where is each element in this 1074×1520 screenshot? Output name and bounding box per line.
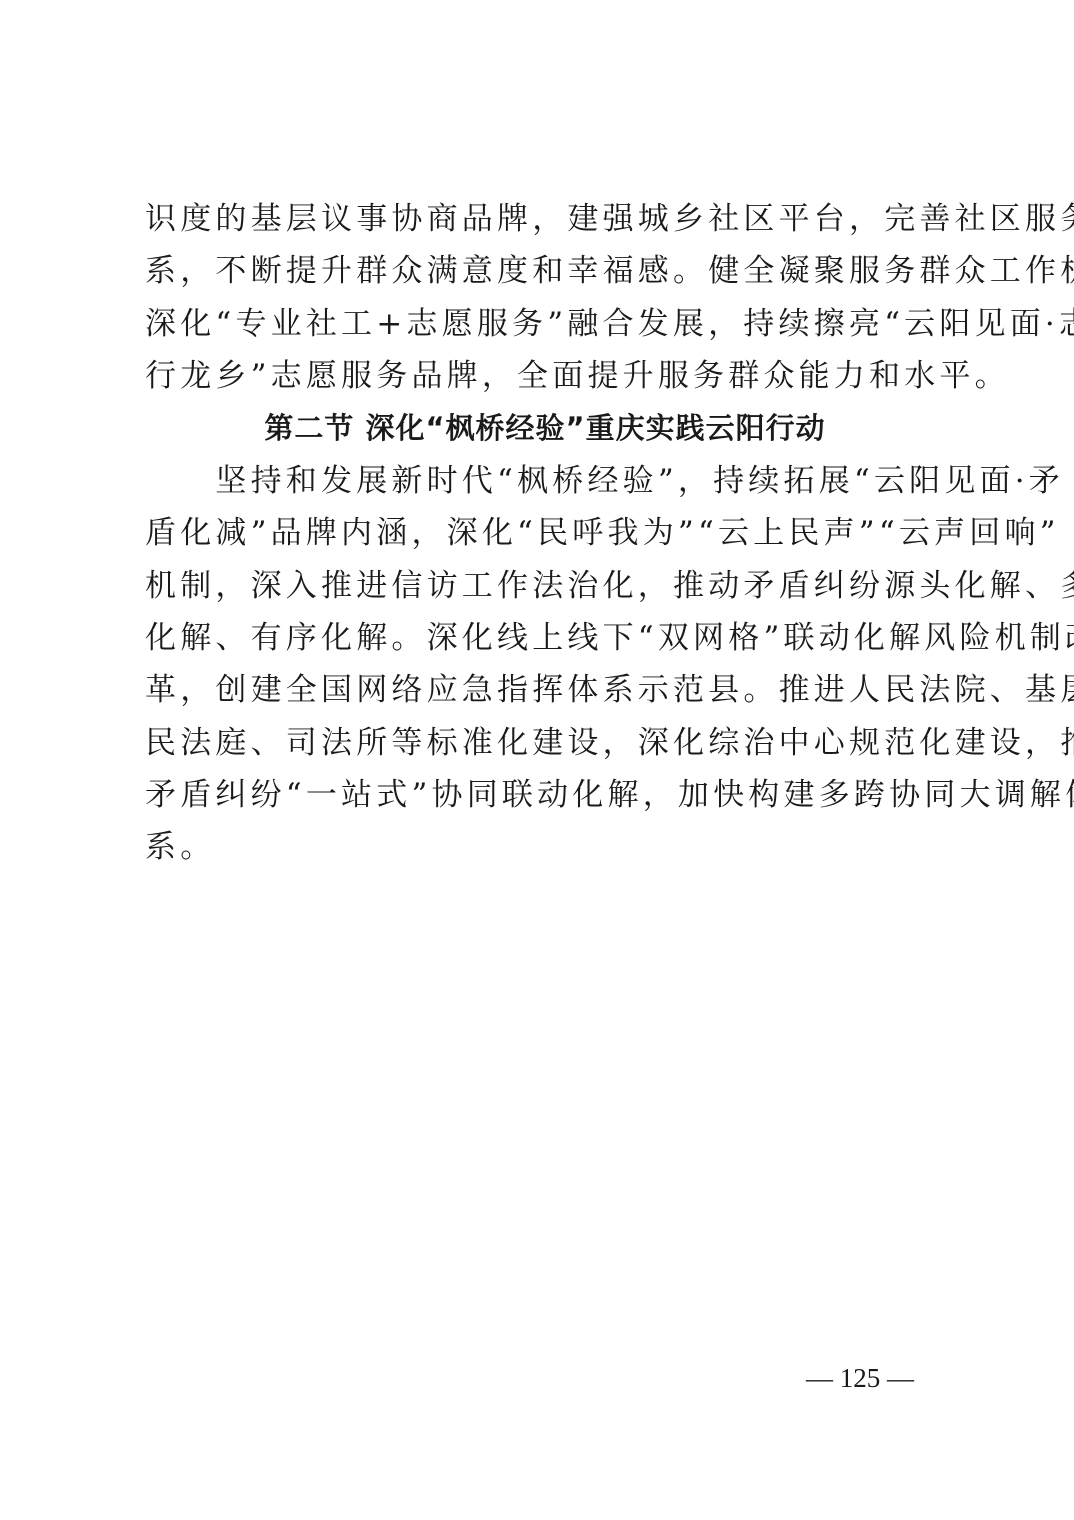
paragraph-2-line-7: 矛盾纠纷“一站式”协同联动化解，加快构建多跨协同大调解体 xyxy=(145,775,945,815)
document-page: 识度的基层议事协商品牌，建强城乡社区平台，完善社区服务体 系，不断提升群众满意度… xyxy=(0,0,1074,1520)
paragraph-2-line-6: 民法庭、司法所等标准化建设，深化综治中心规范化建设，推进 xyxy=(145,723,945,763)
paragraph-2-line-2: 盾化减”品牌内涵，深化“民呼我为”“云上民声”“云声回响” xyxy=(145,513,945,553)
paragraph-1-line-3: 深化“专业社工+志愿服务”融合发展，持续擦亮“云阳见面·志 xyxy=(145,304,945,344)
paragraph-2-line-8: 系。 xyxy=(145,827,945,867)
paragraph-2-line-4: 化解、有序化解。深化线上线下“双网格”联动化解风险机制改 xyxy=(145,618,945,658)
section-heading: 第二节 深化“枫桥经验”重庆实践云阳行动 xyxy=(145,408,945,448)
paragraph-1-line-4: 行龙乡”志愿服务品牌，全面提升服务群众能力和水平。 xyxy=(145,356,945,396)
paragraph-2-line-3: 机制，深入推进信访工作法治化，推动矛盾纠纷源头化解、多元 xyxy=(145,566,945,606)
page-number: — 125 — xyxy=(790,1360,930,1396)
paragraph-2-line-5: 革，创建全国网络应急指挥体系示范县。推进人民法院、基层人 xyxy=(145,670,945,710)
paragraph-1-line-2: 系，不断提升群众满意度和幸福感。健全凝聚服务群众工作机制， xyxy=(145,251,945,291)
paragraph-1-line-1: 识度的基层议事协商品牌，建强城乡社区平台，完善社区服务体 xyxy=(145,199,945,239)
paragraph-2-line-1: 坚持和发展新时代“枫桥经验”，持续拓展“云阳见面·矛 xyxy=(145,461,945,501)
